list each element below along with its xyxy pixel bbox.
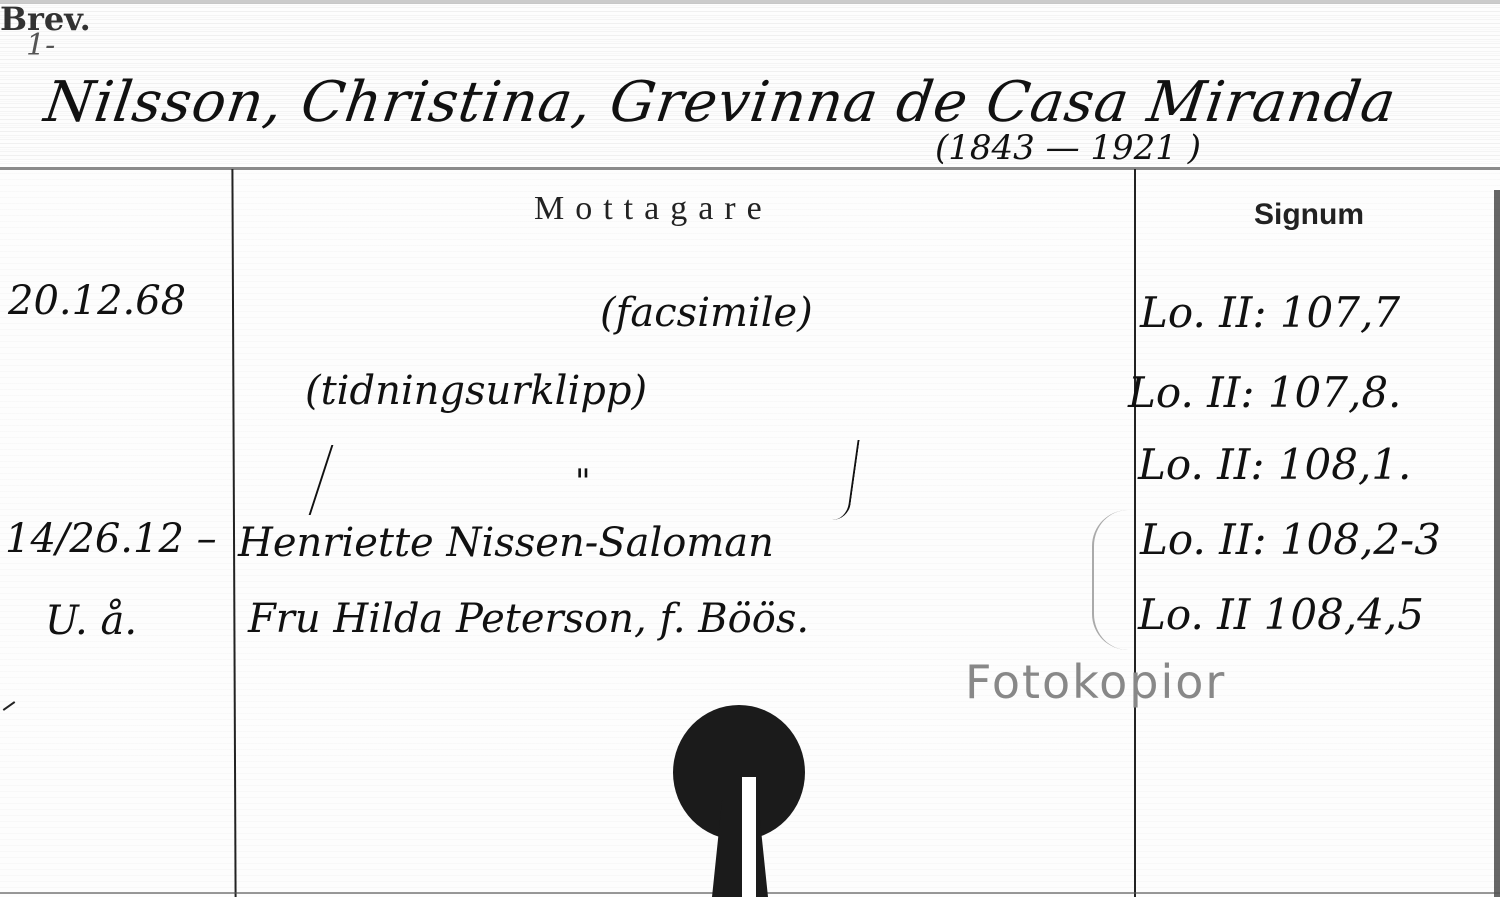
column-divider-date [231, 169, 236, 897]
catalog-card: 1- Nilsson, Christina, Grevinna de Casa … [0, 0, 1500, 897]
row-recipient: (facsimile) [600, 290, 813, 336]
life-years: (1843 — 1921 ) [935, 128, 1201, 168]
card-right-edge [1494, 190, 1500, 897]
column-divider-signum [1134, 169, 1136, 897]
card-number: 1- [26, 28, 55, 63]
row-date: U. å. [45, 598, 137, 644]
row-signum: Lo. II: 108,2-3 [1140, 515, 1441, 564]
pencil-note: Fotokopior [965, 655, 1226, 709]
person-name: Nilsson, Christina, Grevinna de Casa Mir… [40, 70, 1400, 135]
column-header-signum: Signum [1254, 198, 1364, 232]
row-signum: Lo. II: 107,8. [1128, 368, 1401, 417]
row-recipient: (tidningsurklipp) [305, 368, 647, 414]
stray-mark [3, 701, 16, 711]
header-divider [0, 167, 1500, 170]
row-date: 20.12.68 [8, 278, 186, 324]
card-top-edge [0, 0, 1500, 4]
row-signum: Lo. II: 107,7 [1140, 288, 1400, 337]
row-recipient: Fru Hilda Peterson, f. Böös. [248, 596, 809, 642]
column-header-recipient: Mottagare [534, 190, 773, 228]
row-signum: Lo. II 108,4,5 [1138, 590, 1424, 639]
pencil-brace [1092, 510, 1128, 650]
row-recipient-ditto: " [575, 462, 591, 502]
ditto-bracket-right [832, 440, 859, 520]
row-signum: Lo. II: 108,1. [1138, 440, 1411, 489]
row-date: 14/26.12 – [5, 516, 217, 562]
rod-slot [742, 777, 756, 897]
row-recipient: Henriette Nissen-Saloman [238, 520, 774, 566]
ditto-bracket-left [309, 445, 354, 515]
